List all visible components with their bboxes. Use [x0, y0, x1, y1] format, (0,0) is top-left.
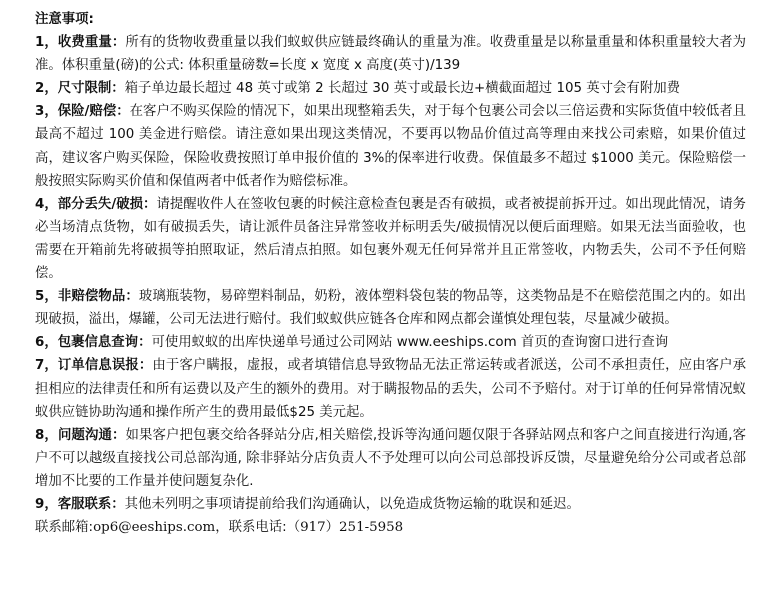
notice-item-4: 4，部分丢失/破损：请提醒收件人在签收包裹的时候注意检查包裹是否有破损，或者被提… — [35, 193, 746, 285]
notice-item-2: 2，尺寸限制：箱子单边最长超过 48 英寸或第 2 长超过 30 英寸或最长边+… — [35, 77, 746, 100]
item-colon: ： — [116, 104, 129, 119]
item-text: 其他未列明之事项请提前给我们沟通确认，以免造成货物运输的耽误和延迟。 — [125, 497, 580, 512]
notice-item-6: 6，包裹信息查询：可使用蚁蚁的出库快递单号通过公司网站 www.eeships.… — [35, 331, 746, 354]
item-number: 1， — [35, 35, 58, 50]
item-label: 部分丢失/破损 — [58, 197, 143, 212]
item-text: 箱子单边最长超过 48 英寸或第 2 长超过 30 英寸或最长边+横截面超过 1… — [125, 81, 680, 96]
item-label: 收费重量 — [58, 35, 112, 50]
phone-label: 联系电话: — [229, 520, 287, 535]
item-text: 在客户不购买保险的情况下，如果出现整箱丢失，对于每个包裹公司会以三倍运费和实际货… — [35, 104, 746, 188]
item-label: 订单信息误报 — [58, 358, 139, 373]
item-label: 问题沟通 — [58, 428, 112, 443]
item-label: 包裹信息查询 — [58, 335, 138, 350]
item-label: 保险/赔偿 — [58, 104, 117, 119]
contact-line: 联系邮箱:op6@eeships.com，联系电话:（917）251-5958 — [35, 516, 746, 539]
notice-document: 注意事项: 1，收费重量：所有的货物收费重量以我们蚁蚁供应链最终确认的重量为准。… — [0, 0, 760, 596]
item-label: 客服联系 — [58, 497, 112, 512]
item-label: 非赔偿物品 — [58, 289, 125, 304]
item-number: 4， — [35, 197, 58, 212]
item-text: 所有的货物收费重量以我们蚁蚁供应链最终确认的重量为准。收费重量是以称量重量和体积… — [35, 35, 746, 73]
item-number: 7， — [35, 358, 58, 373]
item-text: 如果客户把包裹交给各驿站分店,相关赔偿,投诉等沟通问题仅限于各驿站网点和客户之间… — [35, 428, 746, 489]
item-number: 2， — [35, 81, 58, 96]
email-link[interactable]: op6@eeships.com — [93, 520, 215, 535]
item-colon: ： — [125, 289, 139, 304]
contact-separator: ， — [215, 520, 228, 535]
item-colon: ： — [139, 358, 153, 373]
notice-item-3: 3，保险/赔偿：在客户不购买保险的情况下，如果出现整箱丢失，对于每个包裹公司会以… — [35, 100, 746, 192]
notice-item-5: 5，非赔偿物品：玻璃瓶装物，易碎塑料制品，奶粉，液体塑料袋包装的物品等，这类物品… — [35, 285, 746, 331]
item-number: 9， — [35, 497, 58, 512]
item-number: 6， — [35, 335, 58, 350]
notice-item-8: 8，问题沟通：如果客户把包裹交给各驿站分店,相关赔偿,投诉等沟通问题仅限于各驿站… — [35, 424, 746, 493]
item-number: 3， — [35, 104, 58, 119]
item-number: 8， — [35, 428, 58, 443]
notice-item-9: 9，客服联系：其他未列明之事项请提前给我们沟通确认，以免造成货物运输的耽误和延迟… — [35, 493, 746, 516]
document-title: 注意事项: — [35, 8, 746, 31]
item-number: 5， — [35, 289, 58, 304]
item-colon: ： — [112, 428, 126, 443]
notice-item-7: 7，订单信息误报：由于客户瞒报，虚报，或者填错信息导致物品无法正常运转或者派送，… — [35, 354, 746, 423]
phone-number: （917）251-5958 — [287, 520, 404, 535]
notice-item-1: 1，收费重量：所有的货物收费重量以我们蚁蚁供应链最终确认的重量为准。收费重量是以… — [35, 31, 746, 77]
item-label: 尺寸限制 — [58, 81, 112, 96]
item-colon: ： — [112, 35, 126, 50]
item-text: 玻璃瓶装物，易碎塑料制品，奶粉，液体塑料袋包装的物品等，这类物品是不在赔偿范围之… — [35, 289, 746, 327]
item-colon: ： — [111, 81, 124, 96]
item-colon: ： — [143, 197, 156, 212]
item-text: 可使用蚁蚁的出库快递单号通过公司网站 www.eeships.com 首页的查询… — [151, 335, 668, 350]
item-colon: ： — [111, 497, 124, 512]
item-colon: ： — [138, 335, 151, 350]
email-label: 联系邮箱: — [35, 520, 93, 535]
